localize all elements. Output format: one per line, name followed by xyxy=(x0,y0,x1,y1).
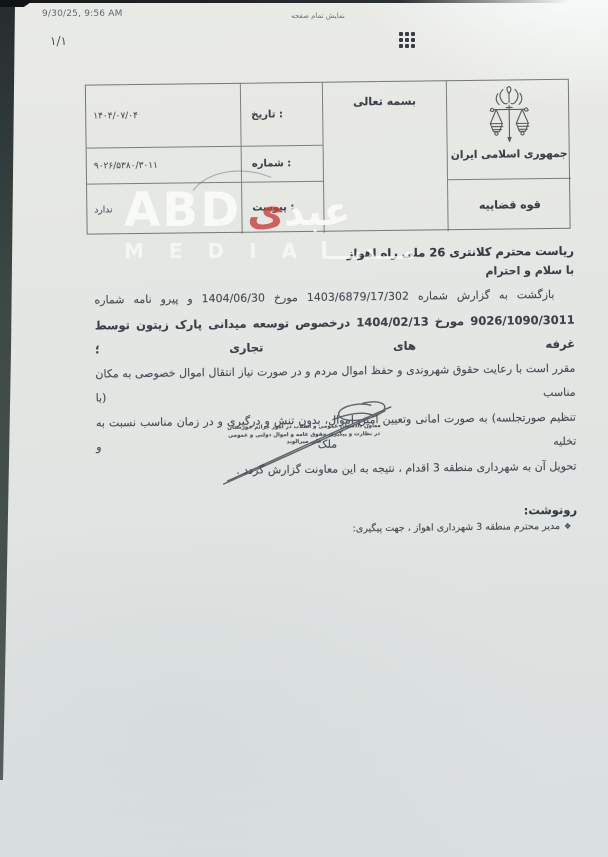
diamond-bullet-icon: ❖ xyxy=(564,522,571,531)
republic-title: جمهوری اسلامی ایران xyxy=(451,148,568,161)
letterhead-table: ۱۴۰۴/۰۷/۰۴ تاریخ : ۹۰۲۶/۵۳۸۰/۳۰۱۱ شماره … xyxy=(85,79,571,235)
handwritten-signature xyxy=(213,397,414,487)
footnote-section: رونوشت: ❖مدیر محترم منطقه 3 شهرداری اهوا… xyxy=(97,503,577,538)
judiciary-title: قوه قضاییه xyxy=(447,178,572,232)
scanned-letter-page: 9/30/25, 9:56 AM نمایش تمام صفحه ۱/۱ ۱۴۰… xyxy=(0,0,608,857)
document: ۱۴۰۴/۰۷/۰۴ تاریخ : ۹۰۲۶/۵۳۸۰/۳۰۱۱ شماره … xyxy=(0,0,608,857)
footnote-item: ❖مدیر محترم منطقه 3 شهرداری اهواز ، جهت … xyxy=(97,521,577,538)
footnote-title: رونوشت: xyxy=(97,503,577,523)
date-value: ۱۴۰۴/۰۷/۰۴ xyxy=(86,84,241,148)
pen-mark xyxy=(191,163,276,198)
body-line-2: 9026/1090/3011 مورخ 1404/02/13 درخصوص تو… xyxy=(95,307,576,362)
emblem-cell: جمهوری اسلامی ایران xyxy=(446,80,571,180)
footnote-item-text: مدیر محترم منطقه 3 شهرداری اهواز ، جهت پ… xyxy=(353,521,561,535)
iran-judiciary-emblem-icon xyxy=(473,83,544,150)
date-label: تاریخ : xyxy=(240,83,323,146)
bismillah-text: بسمه تعالی xyxy=(322,81,448,233)
